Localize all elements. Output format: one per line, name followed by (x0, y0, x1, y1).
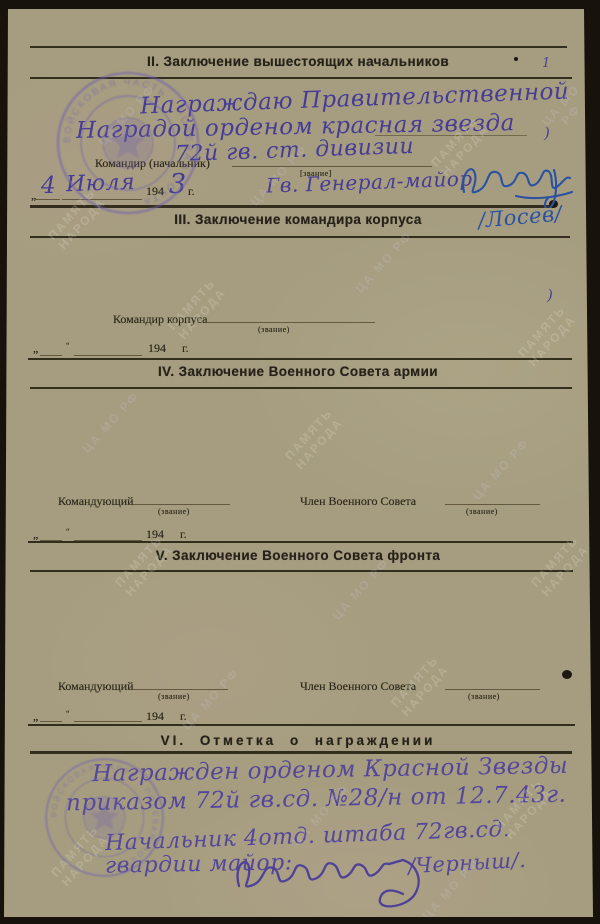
date-quote: “ (66, 709, 70, 718)
rule (28, 541, 573, 543)
section2-title: II. Заключение вышестоящих начальников (147, 54, 449, 69)
general-signature-icon (458, 158, 578, 208)
ink-mark: ) (544, 124, 550, 142)
blank-line (445, 504, 540, 505)
rank-hint: (звание) (468, 692, 500, 701)
section3-title: III. Заключение командира корпуса (174, 212, 422, 227)
blank-line (205, 322, 375, 323)
chernysh-signature-icon (225, 838, 455, 918)
section5-title: V. Заключение Военного Совета фронта (156, 548, 441, 563)
blank-line (128, 689, 228, 690)
date-quote: „ (33, 527, 38, 542)
rule (30, 570, 573, 572)
date-quote: “ (66, 527, 70, 536)
rank-hint: (звание) (158, 507, 190, 516)
handwritten-rank: Гв. Генерал-майор (266, 166, 473, 197)
year-suffix: г. (180, 527, 187, 542)
watermark: ЦА МО РФ (470, 436, 532, 503)
watermark: ЦА МО РФ (353, 229, 415, 296)
year-suffix: г. (182, 341, 189, 356)
date-quote: “ (66, 341, 70, 350)
army-commander-label: Командующий (58, 494, 134, 509)
council-member-label: Член Военного Совета (300, 679, 416, 694)
watermark: ПАМЯТЬ НАРОДА (282, 406, 346, 472)
date-quote: „ (33, 341, 38, 356)
blank-line (40, 355, 62, 356)
blank-line (445, 689, 540, 690)
rule (30, 236, 570, 238)
rank-hint: (звание) (258, 325, 290, 334)
rule (28, 724, 575, 726)
paper-sheet: II. Заключение вышестоящих начальников В… (0, 0, 600, 924)
military-unit-stamp-icon: ВОЙСКОВАЯ ЧАСТЬ • ПОЛЕВАЯ ПОЧТА (53, 68, 203, 218)
date-quote: „ (33, 709, 38, 724)
section6-title: VI. Отметка о награждении (161, 733, 436, 748)
watermark: ЦА МО РФ (80, 389, 142, 456)
rule (30, 387, 572, 389)
rule (30, 46, 567, 48)
date-quote: „ (31, 188, 36, 203)
year-printed: 194 (146, 527, 164, 542)
ink-dot (514, 57, 518, 61)
watermark: ПАМЯТЬ НАРОДА (165, 276, 229, 342)
corps-commander-label: Командир корпуса (113, 312, 207, 327)
rule (28, 358, 572, 360)
watermark: ЦА МО РФ (330, 556, 392, 623)
section4-title: IV. Заключение Военного Совета армии (158, 364, 438, 379)
blank-line (128, 504, 230, 505)
rank-hint: (звание) (158, 692, 190, 701)
front-commander-label: Командующий (58, 679, 134, 694)
ink-mark: 1 (542, 56, 550, 71)
blank-line (40, 721, 62, 722)
rank-hint: (звание) (466, 507, 498, 516)
paper-hole (562, 670, 572, 679)
year-printed: 194 (146, 709, 164, 724)
year-suffix: г. (180, 709, 187, 724)
blank-line (74, 355, 142, 356)
ink-mark: ) (547, 286, 553, 304)
scanned-award-document: II. Заключение вышестоящих начальников В… (0, 0, 600, 924)
military-unit-stamp-icon: ВОЙСКОВАЯ ЧАСТЬ • ПОЛЕВАЯ ПОЧТА (42, 755, 167, 880)
blank-line (74, 721, 142, 722)
rule (30, 751, 572, 754)
blank-line (232, 166, 432, 167)
year-printed: 194 (148, 341, 166, 356)
council-member-label: Член Военного Совета (300, 494, 416, 509)
